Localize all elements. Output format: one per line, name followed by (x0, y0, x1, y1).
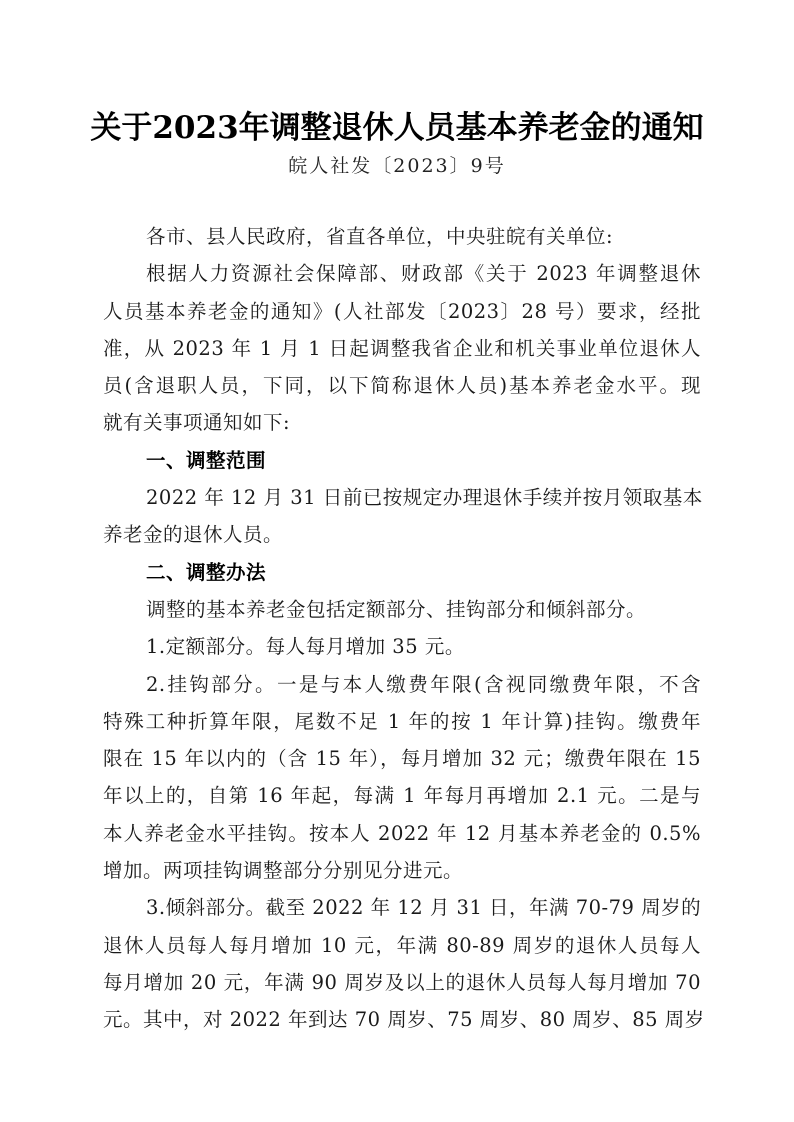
section-heading-method: 二、调整办法 (103, 558, 701, 595)
document-body: 各市、县人民政府，省直各单位，中央驻皖有关单位: 根据人力资源社会保障部、财政部… (103, 222, 701, 1043)
body-line: 员(含退职人员，下同，以下简称退休人员)基本养老金水平。现 (103, 371, 701, 408)
body-line: 2022 年 12 月 31 日前已按规定办理退休手续并按月领取基本 (103, 483, 701, 520)
body-line: 人员基本养老金的通知》(人社部发〔2023〕28 号）要求，经批 (103, 297, 701, 334)
body-line: 特殊工种折算年限，尾数不足 1 年的按 1 年计算)挂钩。缴费年 (103, 707, 701, 744)
body-line: 养老金的退休人员。 (103, 520, 701, 557)
body-line: 元。其中，对 2022 年到达 70 周岁、75 周岁、80 周岁、85 周岁 (103, 1005, 701, 1042)
body-line: 退休人员每人每月增加 10 元，年满 80-89 周岁的退休人员每人 (103, 931, 701, 968)
document-page: 关于2023年调整退休人员基本养老金的通知 皖人社发〔2023〕9号 各市、县人… (0, 0, 794, 1122)
body-line: 调整的基本养老金包括定额部分、挂钩部分和倾斜部分。 (103, 595, 701, 632)
body-line: 年以上的，自第 16 年起，每满 1 年每月再增加 2.1 元。二是与 (103, 781, 701, 818)
salutation-line: 各市、县人民政府，省直各单位，中央驻皖有关单位: (103, 222, 701, 259)
body-line: 就有关事项通知如下: (103, 408, 701, 445)
body-line: 本人养老金水平挂钩。按本人 2022 年 12 月基本养老金的 0.5% (103, 819, 701, 856)
body-line: 2.挂钩部分。一是与本人缴费年限(含视同缴费年限，不含 (103, 670, 701, 707)
document-title: 关于2023年调整退休人员基本养老金的通知 (0, 108, 794, 148)
body-line: 限在 15 年以内的（含 15 年），每月增加 32 元；缴费年限在 15 (103, 744, 701, 781)
body-line: 根据人力资源社会保障部、财政部《关于 2023 年调整退休 (103, 259, 701, 296)
body-line: 1.定额部分。每人每月增加 35 元。 (103, 632, 701, 669)
document-number: 皖人社发〔2023〕9号 (0, 152, 794, 180)
section-heading-scope: 一、调整范围 (103, 446, 701, 483)
body-line: 增加。两项挂钩调整部分分别见分进元。 (103, 856, 701, 893)
body-line: 每月增加 20 元，年满 90 周岁及以上的退休人员每人每月增加 70 (103, 968, 701, 1005)
body-line: 3.倾斜部分。截至 2022 年 12 月 31 日，年满 70-79 周岁的 (103, 893, 701, 930)
body-line: 准，从 2023 年 1 月 1 日起调整我省企业和机关事业单位退休人 (103, 334, 701, 371)
